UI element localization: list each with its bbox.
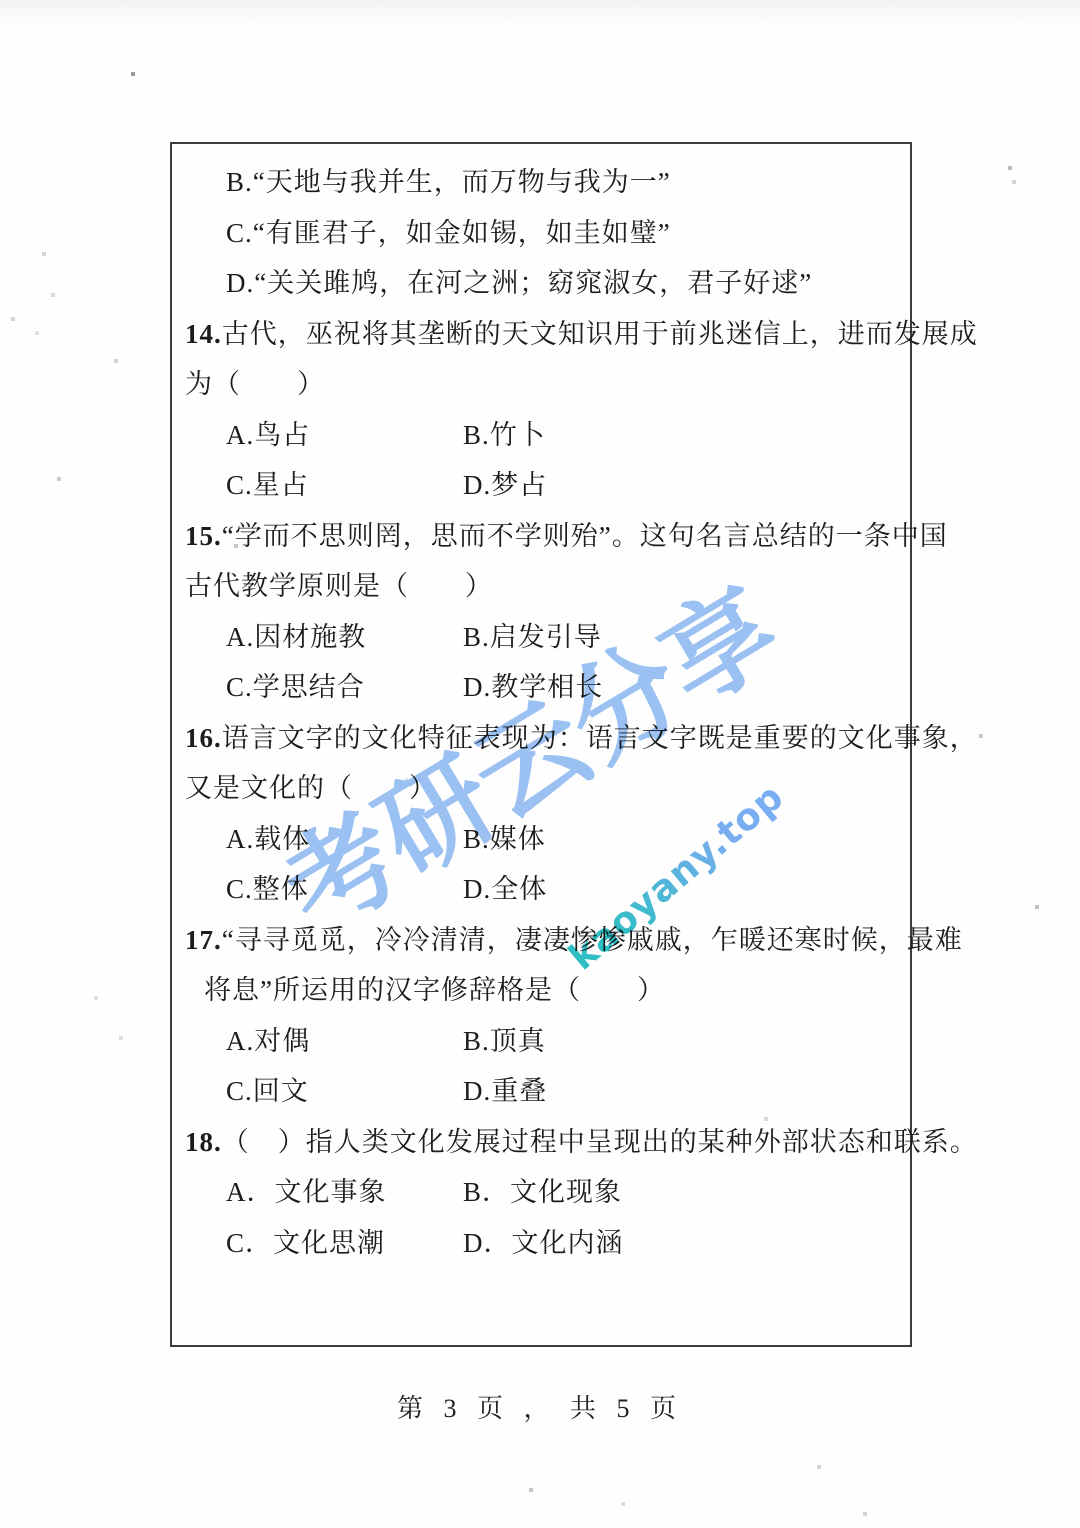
option-row: A．文化事象B．文化现象 bbox=[172, 1167, 910, 1218]
option-row: C.整体D.全体 bbox=[172, 864, 910, 915]
scan-noise-specks bbox=[0, 0, 2, 2]
question-number: 15. bbox=[185, 521, 222, 551]
scan-edge-shading bbox=[0, 0, 1080, 26]
text-line: 15.“学而不思则罔，思而不学则殆”。这句名言总结的一条中国 bbox=[172, 511, 910, 562]
question-number: 14. bbox=[185, 319, 222, 349]
question-number: 17. bbox=[185, 925, 222, 955]
question-number: 18. bbox=[185, 1127, 222, 1157]
text-line: 16.语言文字的文化特征表现为：语言文字既是重要的文化事象， bbox=[172, 713, 910, 764]
text-line: 将息”所运用的汉字修辞格是（ ） bbox=[172, 965, 910, 1016]
option-right: D.梦占 bbox=[463, 470, 547, 500]
option-right: D．文化内涵 bbox=[463, 1228, 624, 1258]
option-left: C.整体 bbox=[226, 864, 463, 915]
option-right: D.教学相长 bbox=[463, 672, 603, 702]
text-line: 又是文化的（ ） bbox=[172, 763, 910, 814]
option-row: C.学思结合D.教学相长 bbox=[172, 662, 910, 713]
option-left: C.星占 bbox=[226, 460, 463, 511]
option-right: B.顶真 bbox=[463, 1026, 546, 1056]
option-left: C.回文 bbox=[226, 1066, 463, 1117]
text-line: 古代教学原则是（ ） bbox=[172, 561, 910, 612]
exam-content-frame: B.“天地与我并生，而万物与我为一”C.“有匪君子，如金如锡，如圭如璧”D.“关… bbox=[170, 142, 912, 1347]
document-lines: B.“天地与我并生，而万物与我为一”C.“有匪君子，如金如锡，如圭如璧”D.“关… bbox=[172, 144, 910, 1268]
option-row: C．文化思潮D．文化内涵 bbox=[172, 1218, 910, 1269]
text-line: B.“天地与我并生，而万物与我为一” bbox=[172, 157, 910, 208]
option-row: A.载体B.媒体 bbox=[172, 814, 910, 865]
option-left: A.因材施教 bbox=[226, 612, 463, 663]
option-row: A.因材施教B.启发引导 bbox=[172, 612, 910, 663]
option-right: D.全体 bbox=[463, 874, 547, 904]
option-right: B．文化现象 bbox=[463, 1177, 622, 1207]
text-line: C.“有匪君子，如金如锡，如圭如璧” bbox=[172, 208, 910, 259]
option-right: B.媒体 bbox=[463, 824, 546, 854]
question-number: 16. bbox=[185, 723, 222, 753]
option-row: C.回文D.重叠 bbox=[172, 1066, 910, 1117]
option-right: B.竹卜 bbox=[463, 420, 546, 450]
option-left: A.鸟占 bbox=[226, 410, 463, 461]
option-row: A.鸟占B.竹卜 bbox=[172, 410, 910, 461]
page-footer: 第 3 页 ， 共 5 页 bbox=[0, 1388, 1080, 1425]
option-left: A.对偶 bbox=[226, 1016, 463, 1067]
text-line: 14.古代，巫祝将其垄断的天文知识用于前兆迷信上，进而发展成 bbox=[172, 309, 910, 360]
option-row: A.对偶B.顶真 bbox=[172, 1016, 910, 1067]
option-left: A.载体 bbox=[226, 814, 463, 865]
text-line: 为（ ） bbox=[172, 359, 910, 410]
scanned-exam-page: B.“天地与我并生，而万物与我为一”C.“有匪君子，如金如锡，如圭如璧”D.“关… bbox=[0, 0, 1080, 1528]
option-right: B.启发引导 bbox=[463, 622, 602, 652]
text-line: 17.“寻寻觅觅，冷冷清清，凄凄惨惨戚戚，乍暖还寒时候，最难 bbox=[172, 915, 910, 966]
option-row: C.星占D.梦占 bbox=[172, 460, 910, 511]
option-left: C.学思结合 bbox=[226, 662, 463, 713]
option-left: C．文化思潮 bbox=[226, 1218, 463, 1269]
text-line: 18.（ ）指人类文化发展过程中呈现出的某种外部状态和联系。 bbox=[172, 1117, 910, 1168]
text-line: D.“关关雎鸠，在河之洲；窈窕淑女，君子好逑” bbox=[172, 258, 910, 309]
option-left: A．文化事象 bbox=[226, 1167, 463, 1218]
option-right: D.重叠 bbox=[463, 1076, 547, 1106]
